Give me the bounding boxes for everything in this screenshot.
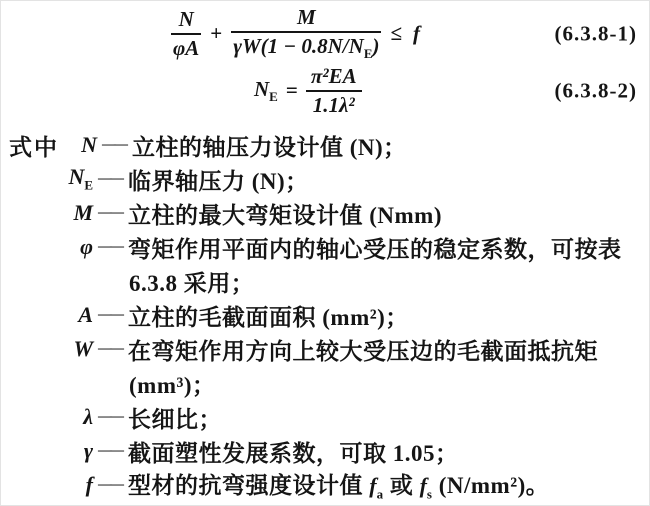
f-text-pre: 型材的抗弯强度设计值	[128, 473, 369, 498]
definition-text-gamma: 截面塑性发展系数，可取 1.05；	[128, 435, 459, 468]
NE-symbol: NE	[254, 78, 278, 104]
denominator-11lambda2: 1.1λ²	[311, 92, 357, 117]
definition-dash: ——	[94, 308, 126, 322]
equation-2-math: NE = π²EA 1.1λ²	[254, 65, 362, 117]
numerator-M: M	[231, 6, 381, 33]
symbol-A: A	[55, 302, 94, 328]
where-label: 式中	[9, 129, 59, 162]
denominator-gammaW: γW(1 − 0.8N/NE)	[231, 33, 381, 61]
definition-text-phi: 弯矩作用平面内的轴心受压的稳定系数，可按表	[128, 231, 622, 264]
f-a-var: f	[369, 473, 376, 498]
definition-row-phi-cont: 6.3.8 采用；	[9, 264, 647, 298]
definition-row-phi: φ —— 弯矩作用平面内的轴心受压的稳定系数，可按表	[9, 230, 647, 264]
definition-row-N: 式中 N —— 立柱的轴压力设计值 (N)；	[9, 128, 647, 162]
definition-text-phi-2: 6.3.8 采用；	[129, 265, 254, 298]
symbol-lambda: λ	[55, 404, 94, 430]
definition-row-W: W —— 在弯矩作用方向上较大受压边的毛截面抵抗矩	[9, 332, 647, 366]
definition-row-f: f —— 型材的抗弯强度设计值 fa 或 fs (N/mm²)。	[9, 468, 647, 502]
definition-text-N: 立柱的轴压力设计值 (N)；	[132, 129, 407, 162]
numerator-N: N	[171, 8, 201, 35]
symbol-NE: NE	[55, 164, 94, 193]
definition-dash: ——	[94, 478, 126, 492]
symbol-N: N	[59, 132, 98, 158]
fraction-N-over-phiA: N φA	[171, 8, 201, 60]
rhs-f: f	[413, 22, 420, 45]
equation-number-2: (6.3.8-2)	[555, 79, 637, 104]
fraction-pi2EA: π²EA 1.1λ²	[306, 65, 362, 117]
definition-text-f: 型材的抗弯强度设计值 fa 或 fs (N/mm²)。	[128, 467, 549, 503]
definition-dash: ——	[94, 206, 126, 220]
symbol-NE-sub: E	[84, 178, 93, 193]
definition-text-NE: 临界轴压力 (N)；	[128, 163, 309, 196]
symbol-f: f	[55, 472, 94, 498]
definition-row-W-cont: (mm³)；	[9, 366, 647, 400]
f-text-mid: 或	[384, 473, 420, 498]
fraction-M-over-gammaW: M γW(1 − 0.8N/NE)	[231, 6, 381, 62]
document-page: N φA + M γW(1 − 0.8N/NE) ≤ f (6.3.8-1) N…	[0, 0, 650, 506]
equals-operator: =	[286, 79, 298, 102]
definition-text-M: 立柱的最大弯矩设计值 (Nmm)	[128, 197, 442, 230]
definition-dash: ——	[94, 410, 126, 424]
definition-dash: ——	[94, 240, 126, 254]
definition-row-M: M —— 立柱的最大弯矩设计值 (Nmm)	[9, 196, 647, 230]
definition-row-A: A —— 立柱的毛截面面积 (mm²)；	[9, 298, 647, 332]
equation-6-3-8-1: N φA + M γW(1 − 0.8N/NE) ≤ f (6.3.8-1)	[1, 5, 649, 63]
definition-row-lambda: λ —— 长细比；	[9, 400, 647, 434]
definition-dash: ——	[94, 172, 126, 186]
symbol-gamma: γ	[55, 438, 94, 464]
leq-operator: ≤	[390, 22, 402, 45]
symbol-M: M	[55, 200, 94, 226]
den-post: )	[372, 34, 379, 58]
symbol-W: W	[55, 336, 94, 362]
f-s-var: f	[420, 473, 427, 498]
definition-row-NE: NE —— 临界轴压力 (N)；	[9, 162, 647, 196]
numerator-pi2EA: π²EA	[306, 65, 362, 92]
equation-6-3-8-2: NE = π²EA 1.1λ² (6.3.8-2)	[1, 63, 649, 119]
plus-operator: +	[210, 22, 222, 45]
equation-1-math: N φA + M γW(1 − 0.8N/NE) ≤ f	[171, 6, 420, 62]
definition-text-lambda: 长细比；	[128, 401, 222, 434]
definition-dash: ——	[94, 342, 126, 356]
denominator-phiA: φA	[171, 35, 201, 60]
definition-text-W-2: (mm³)；	[129, 367, 216, 400]
symbol-definitions: 式中 N —— 立柱的轴压力设计值 (N)； NE —— 临界轴压力 (N)； …	[9, 128, 647, 502]
equation-number-1: (6.3.8-1)	[555, 22, 637, 47]
symbol-NE-base: N	[68, 164, 84, 189]
definition-dash: ——	[98, 138, 130, 152]
den-pre: γW(1 − 0.8N/N	[233, 34, 364, 58]
definition-row-gamma: γ —— 截面塑性发展系数，可取 1.05；	[9, 434, 647, 468]
f-a-sub: a	[377, 487, 384, 502]
NE-subscript: E	[269, 89, 278, 104]
NE-base: N	[254, 77, 269, 101]
f-text-post: (N/mm²)。	[432, 473, 549, 498]
symbol-phi: φ	[55, 234, 94, 260]
definition-text-A: 立柱的毛截面面积 (mm²)；	[128, 299, 409, 332]
definition-text-W: 在弯矩作用方向上较大受压边的毛截面抵抗矩	[128, 333, 598, 366]
definition-dash: ——	[94, 444, 126, 458]
